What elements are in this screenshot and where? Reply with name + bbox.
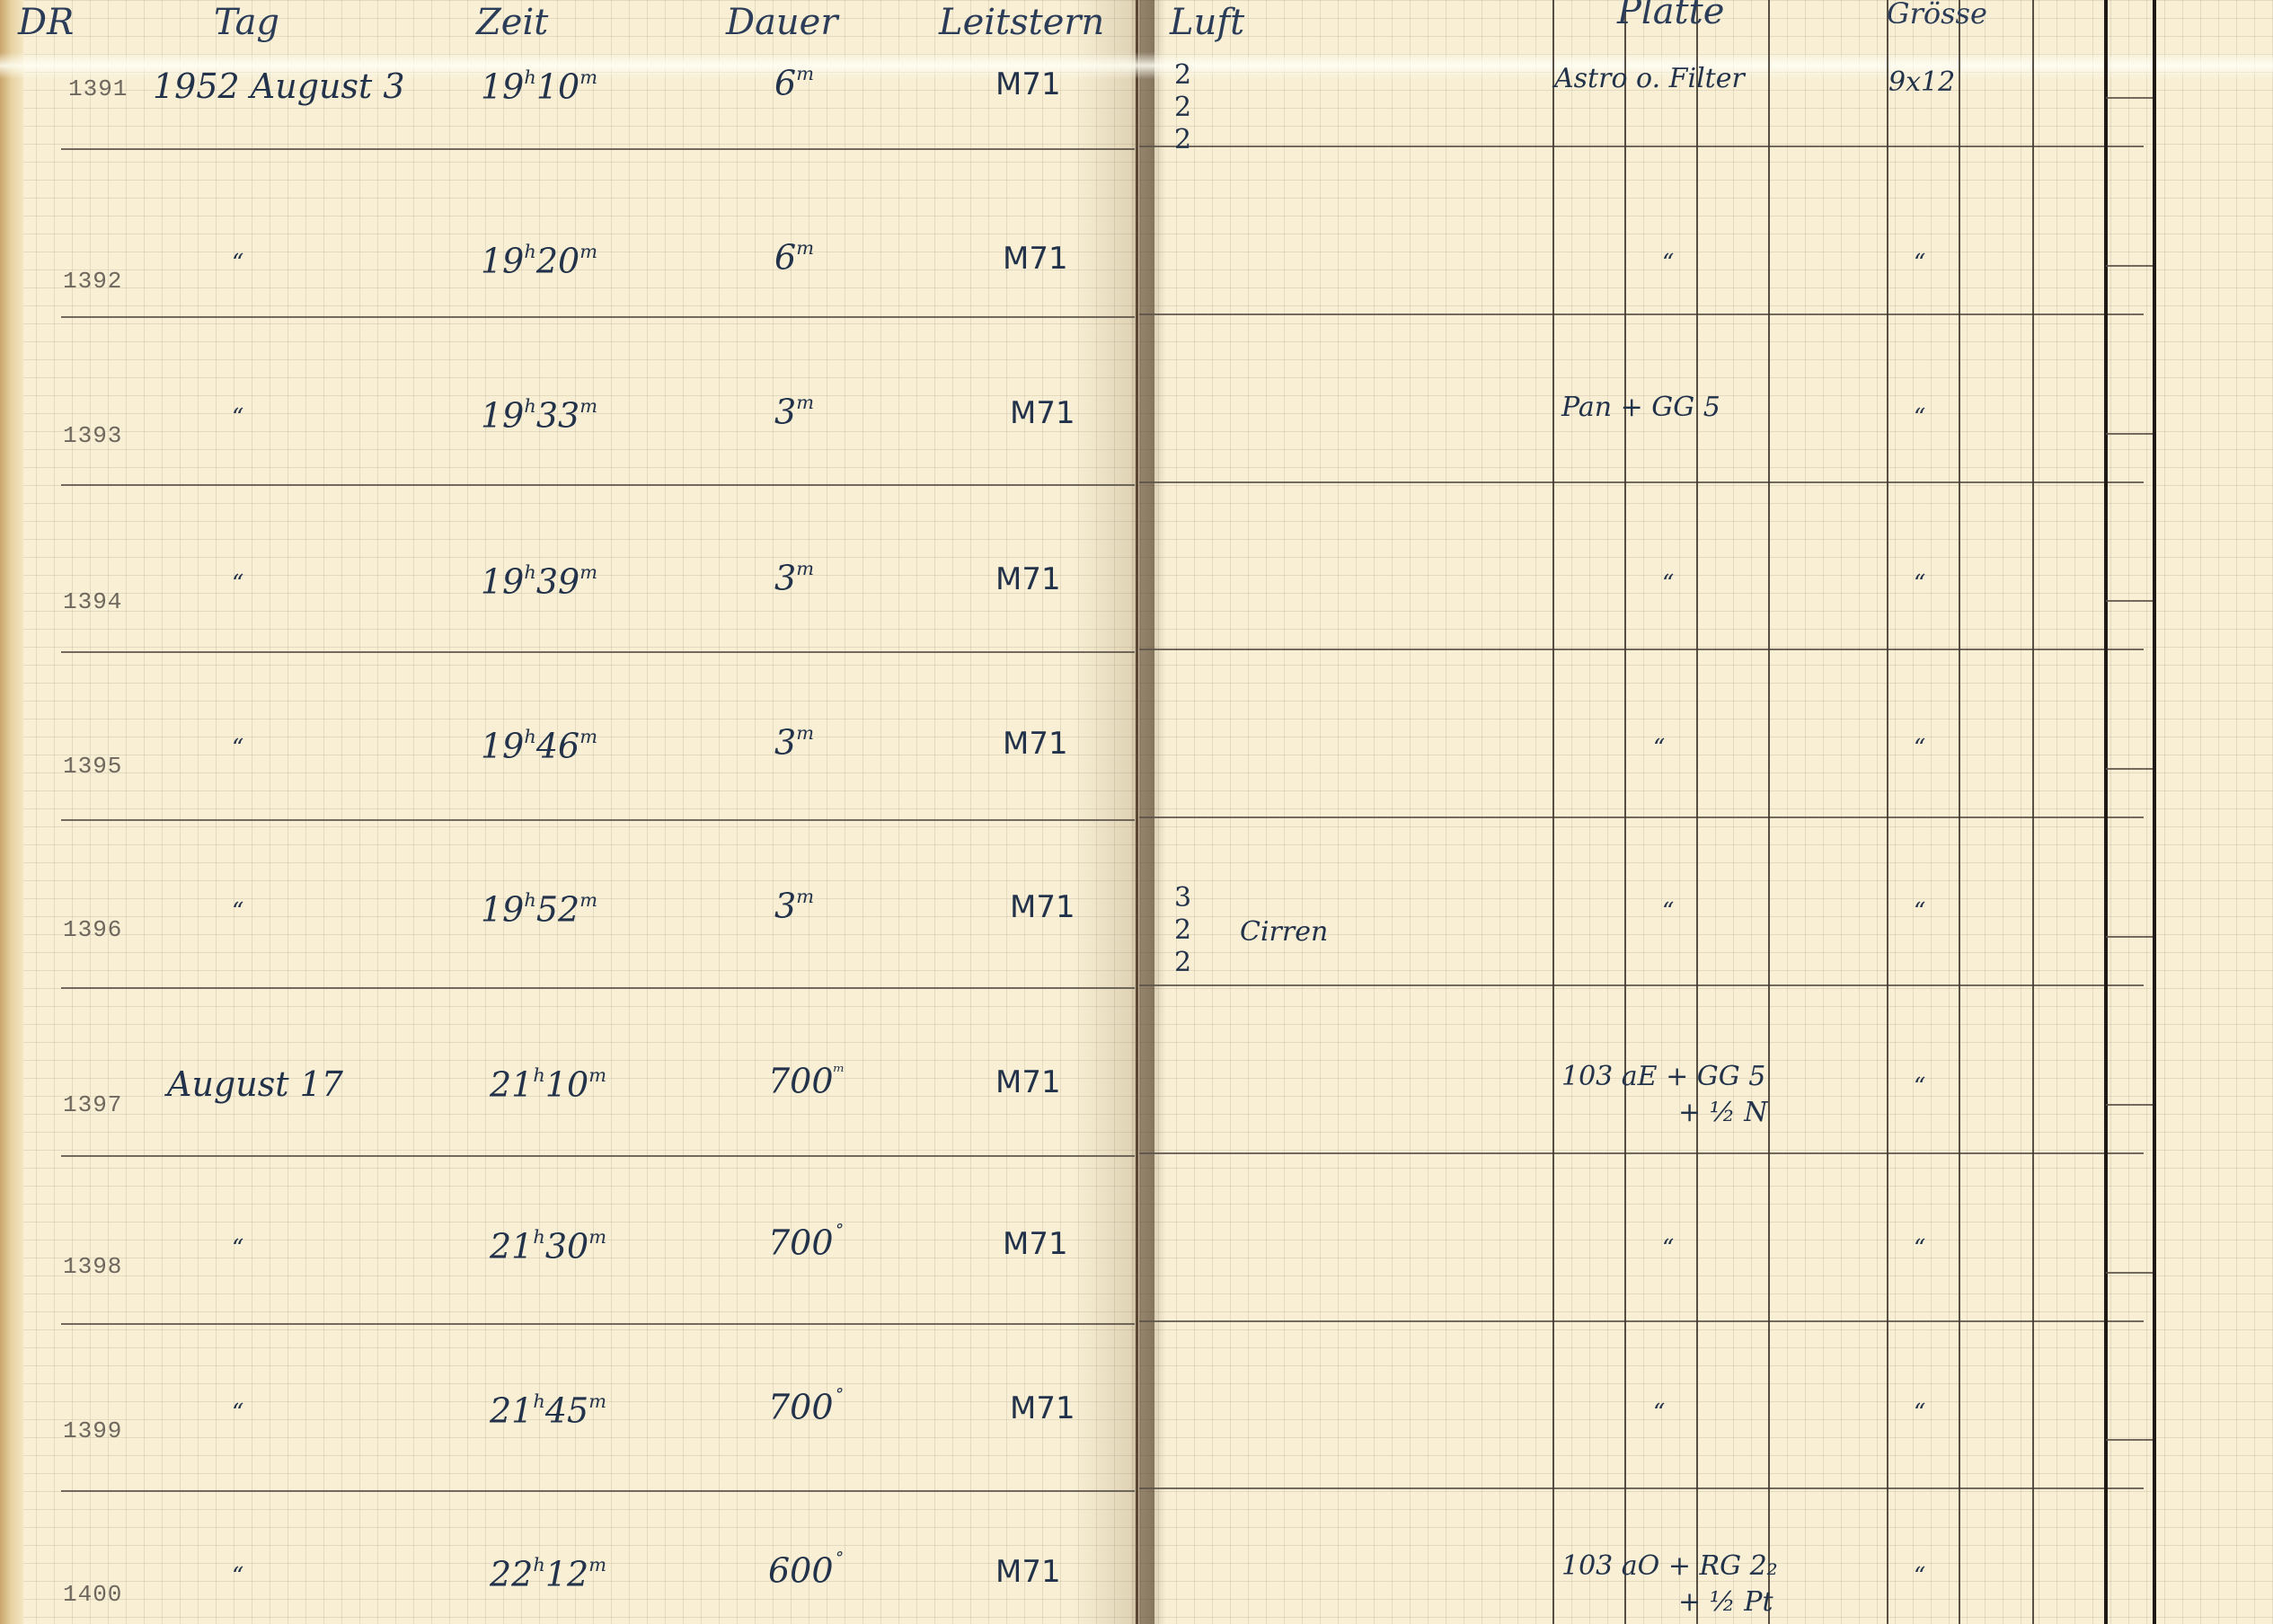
size-cell: “ xyxy=(1914,1563,1925,1590)
row-separator-right xyxy=(1139,1320,2144,1322)
time-cell: 22h12m xyxy=(490,1554,606,1594)
header-leitstern: Leitstern xyxy=(939,2,1104,43)
sub-tick xyxy=(2106,600,2153,602)
header-luft: Luft xyxy=(1170,2,1244,43)
date-cell: “ xyxy=(232,404,243,431)
plate-cell: “ xyxy=(1653,735,1665,762)
time-cell: 19h10m xyxy=(481,66,597,107)
time-cell: 19h39m xyxy=(481,561,597,602)
row-separator-right xyxy=(1139,816,2144,818)
column-line xyxy=(1887,0,1888,1624)
duration-cell: 700˚ xyxy=(768,1222,843,1263)
plate-cell: Astro o. Filter xyxy=(1554,61,1745,97)
guide-star-cell: M71 xyxy=(1003,1226,1068,1262)
header-nr: DR xyxy=(18,2,74,43)
time-cell: 21h45m xyxy=(490,1390,606,1431)
date-cell: “ xyxy=(232,570,243,597)
column-line xyxy=(1624,0,1626,1624)
guide-star-cell: M71 xyxy=(1003,726,1068,762)
row-separator-left xyxy=(61,1155,1135,1157)
row-separator-left xyxy=(61,1490,1135,1492)
plate-cell: “ xyxy=(1662,250,1674,277)
plate-cell: “ xyxy=(1653,1399,1665,1426)
row-separator-left xyxy=(61,819,1135,821)
sub-tick xyxy=(2106,1439,2153,1441)
plate-cell: “ xyxy=(1662,1235,1674,1262)
sub-tick xyxy=(2106,433,2153,435)
size-cell: “ xyxy=(1914,250,1925,277)
row-separator-right xyxy=(1139,649,2144,650)
entry-number: 1396 xyxy=(63,916,122,943)
row-separator-right xyxy=(1139,1487,2144,1489)
guide-star-cell: M71 xyxy=(995,1554,1061,1590)
duration-cell: 600˚ xyxy=(768,1550,843,1591)
date-cell: “ xyxy=(232,735,243,762)
guide-star-cell: M71 xyxy=(995,561,1061,597)
duration-cell: 3m xyxy=(774,558,814,598)
air-quality-cell: 222 xyxy=(1174,59,1191,156)
size-cell: “ xyxy=(1914,404,1925,431)
column-line-thick xyxy=(2153,0,2156,1624)
guide-star-cell: M71 xyxy=(1010,889,1075,925)
plate-cell: Pan + GG 5 xyxy=(1561,390,1720,426)
header-zeit: Zeit xyxy=(476,2,548,43)
time-cell: 21h30m xyxy=(490,1226,606,1267)
duration-cell: 6m xyxy=(774,63,814,103)
header-tag: Tag xyxy=(214,2,279,43)
sub-tick xyxy=(2106,1104,2153,1106)
date-cell: “ xyxy=(232,898,243,925)
entry-number: 1399 xyxy=(63,1417,122,1444)
sub-tick xyxy=(2106,1272,2153,1274)
entry-number: 1392 xyxy=(63,268,122,295)
header-dauer: Dauer xyxy=(726,2,837,43)
column-line xyxy=(1696,0,1698,1624)
right-page xyxy=(1136,0,2273,1624)
plate-cell: 103 aO + RG 2₂+ ½ Pt xyxy=(1561,1549,1778,1620)
row-separator-left xyxy=(61,316,1135,318)
column-line xyxy=(2032,0,2034,1624)
row-separator-left xyxy=(61,484,1135,486)
date-cell: “ xyxy=(232,250,243,277)
date-cell: 1952 August 3 xyxy=(153,66,405,106)
plate-cell: “ xyxy=(1662,570,1674,597)
time-cell: 19h46m xyxy=(481,726,597,766)
entry-number: 1394 xyxy=(63,588,122,615)
row-separator-left xyxy=(61,148,1135,150)
size-cell: “ xyxy=(1914,735,1925,762)
time-cell: 19h20m xyxy=(481,241,597,281)
sub-tick xyxy=(2106,97,2153,99)
duration-cell: 3m xyxy=(774,722,814,763)
header-groesse: Grösse xyxy=(1887,0,1987,31)
air-quality-cell: 322 xyxy=(1174,882,1191,979)
date-cell: August 17 xyxy=(167,1064,343,1104)
time-cell: 21h10m xyxy=(490,1064,606,1105)
row-separator-left xyxy=(61,1323,1135,1325)
air-note: Cirren xyxy=(1240,916,1328,948)
book-edge xyxy=(0,0,23,1624)
guide-star-cell: M71 xyxy=(1010,395,1075,431)
size-cell: “ xyxy=(1914,1235,1925,1262)
row-separator-left xyxy=(61,651,1135,653)
plate-cell: 103 aE + GG 5+ ½ N xyxy=(1561,1059,1768,1131)
guide-star-cell: M71 xyxy=(995,1064,1061,1100)
column-line xyxy=(1959,0,1960,1624)
column-line xyxy=(1768,0,1770,1624)
book-gutter xyxy=(1136,0,1138,1624)
time-cell: 19h52m xyxy=(481,889,597,930)
entry-number: 1391 xyxy=(68,75,128,102)
entry-number: 1397 xyxy=(63,1091,122,1118)
duration-cell: 700ᵐ xyxy=(768,1061,845,1101)
size-cell: “ xyxy=(1914,1399,1925,1426)
guide-star-cell: M71 xyxy=(1010,1390,1075,1426)
row-separator-left xyxy=(61,987,1135,989)
time-cell: 19h33m xyxy=(481,395,597,436)
size-cell: “ xyxy=(1914,570,1925,597)
date-cell: “ xyxy=(232,1563,243,1590)
row-separator-right xyxy=(1139,146,2144,147)
row-separator-right xyxy=(1139,481,2144,483)
guide-star-cell: M71 xyxy=(995,66,1061,102)
entry-number: 1393 xyxy=(63,422,122,449)
entry-number: 1398 xyxy=(63,1253,122,1280)
column-line xyxy=(1552,0,1554,1624)
size-cell: 9x12 xyxy=(1888,66,1955,98)
sub-tick xyxy=(2106,936,2153,938)
entry-number: 1400 xyxy=(63,1581,122,1608)
row-separator-right xyxy=(1139,1152,2144,1154)
duration-cell: 3m xyxy=(774,392,814,432)
size-cell: “ xyxy=(1914,1073,1925,1100)
size-cell: “ xyxy=(1914,898,1925,925)
duration-cell: 700˚ xyxy=(768,1387,843,1427)
header-platte: Platte xyxy=(1617,0,1724,32)
sub-tick xyxy=(2106,265,2153,267)
sub-tick xyxy=(2106,768,2153,770)
row-separator-right xyxy=(1139,984,2144,986)
date-cell: “ xyxy=(232,1399,243,1426)
guide-star-cell: M71 xyxy=(1003,241,1068,277)
entry-number: 1395 xyxy=(63,753,122,780)
column-line-thick xyxy=(2104,0,2108,1624)
duration-cell: 6m xyxy=(774,237,814,278)
duration-cell: 3m xyxy=(774,886,814,926)
date-cell: “ xyxy=(232,1235,243,1262)
plate-cell: “ xyxy=(1662,898,1674,925)
row-separator-right xyxy=(1139,313,2144,315)
